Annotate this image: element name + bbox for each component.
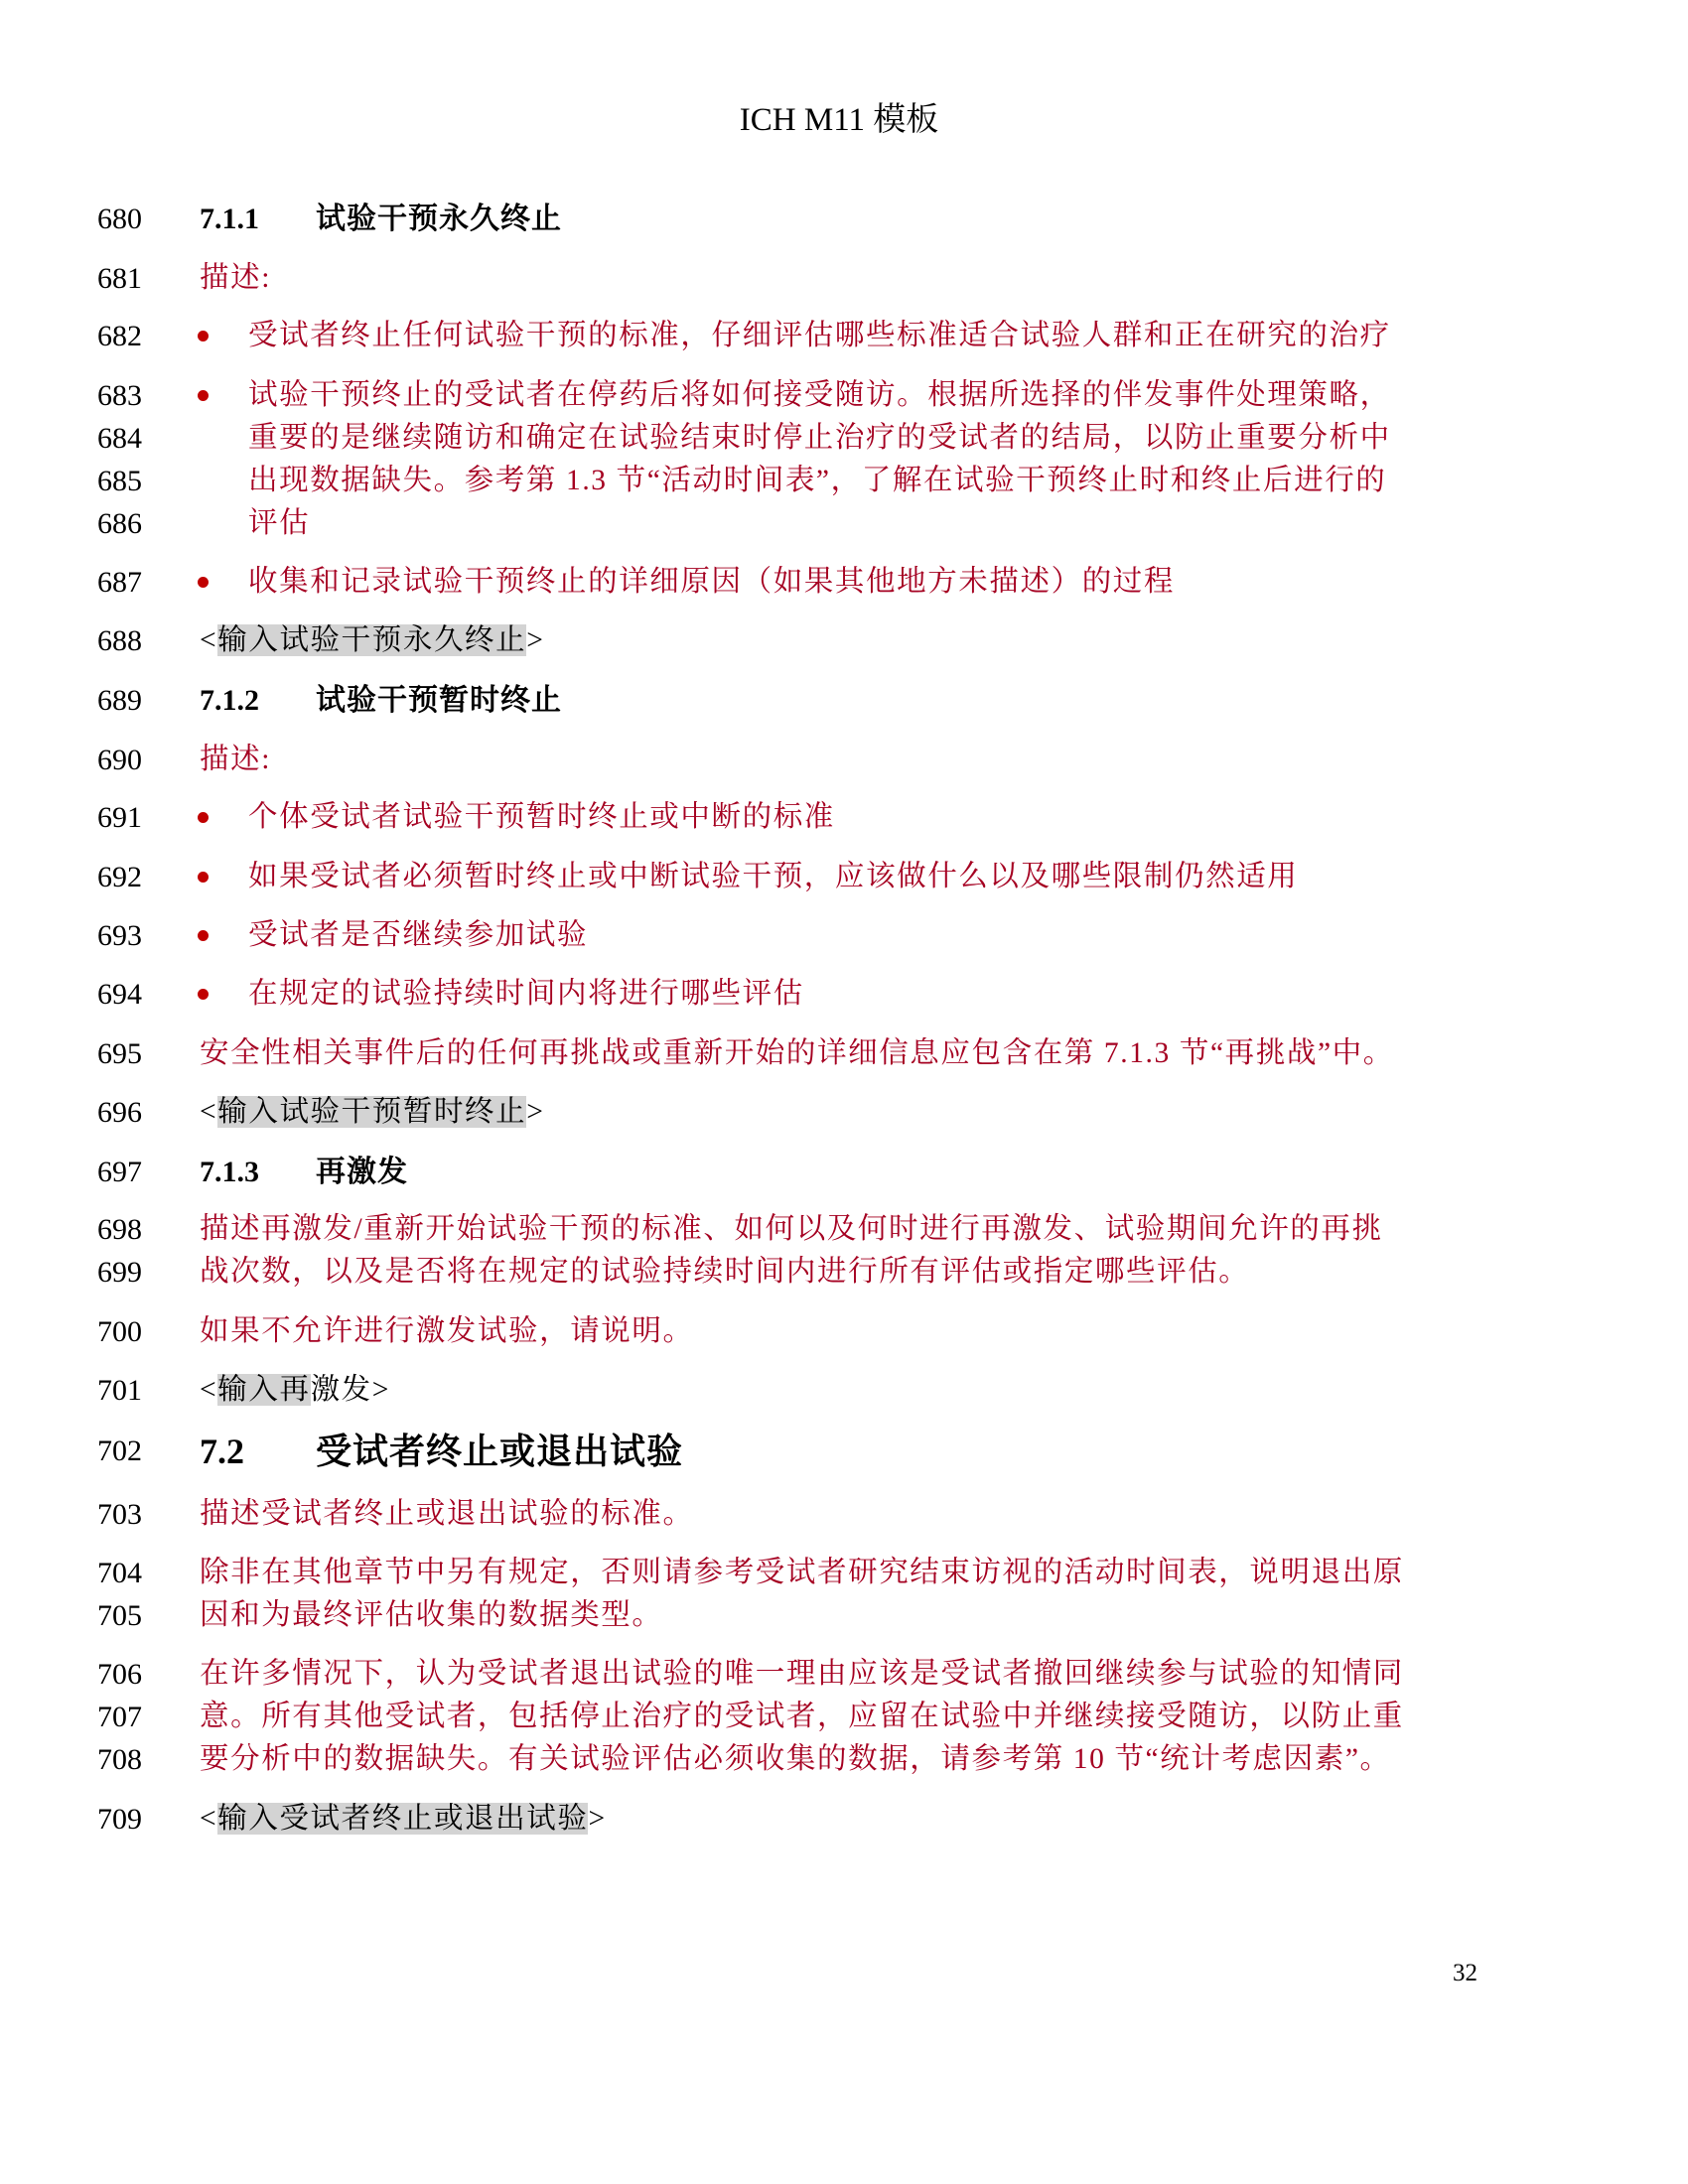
instruction-text: 受试者是否继续参加试验 bbox=[248, 914, 588, 957]
line-number: 689 bbox=[97, 679, 142, 722]
section-heading-7-2: 702 7.2 受试者终止或退出试验 bbox=[0, 1426, 1688, 1477]
line-number: 703 bbox=[97, 1493, 142, 1536]
angle-bracket-close: > bbox=[588, 1803, 606, 1835]
instruction-text: 受试者终止任何试验干预的标准，仔细评估哪些标准适合试验人群和正在研究的治疗 bbox=[248, 315, 1391, 357]
highlighted-placeholder[interactable]: 输入再 bbox=[217, 1374, 310, 1406]
instruction-text: 个体受试者试验干预暂时终止或中断的标准 bbox=[248, 796, 835, 839]
line-number: 686 bbox=[97, 502, 142, 545]
paragraph-line: 705 因和为最终评估收集的数据类型。 bbox=[0, 1594, 1688, 1637]
placeholder-field[interactable]: 688 <输入试验干预永久终止> bbox=[0, 619, 1688, 662]
angle-bracket-close: > bbox=[372, 1374, 390, 1406]
instruction-text: 安全性相关事件后的任何再挑战或重新开始的详细信息应包含在第 7.1.3 节“再挑… bbox=[200, 1032, 1394, 1075]
line-number: 698 bbox=[97, 1208, 142, 1251]
bullet-item: 683 试验干预终止的受试者在停药后将如何接受随访。根据所选择的伴发事件处理策略… bbox=[0, 374, 1688, 417]
placeholder-text[interactable]: <输入试验干预暂时终止> bbox=[200, 1091, 545, 1134]
section-number: 7.1.2 bbox=[200, 684, 259, 717]
bullet-icon bbox=[198, 872, 209, 883]
instruction-text: 如果受试者必须暂时终止或中断试验干预，应该做什么以及哪些限制仍然适用 bbox=[248, 856, 1298, 898]
line-number: 696 bbox=[97, 1091, 142, 1134]
angle-bracket-close: > bbox=[526, 1096, 544, 1128]
line-number: 709 bbox=[97, 1798, 142, 1841]
page-number: 32 bbox=[1453, 1959, 1477, 1988]
section-heading-7-1-2: 689 7.1.2 试验干预暂时终止 bbox=[0, 679, 1688, 722]
paragraph-line: 707 意。所有其他受试者，包括停止治疗的受试者，应留在试验中并继续接受随访，以… bbox=[0, 1696, 1688, 1738]
bullet-item: 694 在规定的试验持续时间内将进行哪些评估 bbox=[0, 973, 1688, 1016]
running-header: ICH M11 模板 bbox=[0, 99, 1678, 141]
line-number: 684 bbox=[97, 417, 142, 460]
highlighted-placeholder[interactable]: 输入试验干预永久终止 bbox=[217, 624, 526, 656]
line-number: 697 bbox=[97, 1151, 142, 1193]
section-number: 7.1.1 bbox=[200, 203, 259, 235]
paragraph-line: 690 描述: bbox=[0, 739, 1688, 781]
line-number: 693 bbox=[97, 914, 142, 957]
placeholder-text[interactable]: <输入受试者终止或退出试验> bbox=[200, 1798, 607, 1841]
section-heading-7-1-3: 697 7.1.3 再激发 bbox=[0, 1151, 1688, 1193]
angle-bracket-open: < bbox=[200, 624, 217, 656]
paragraph-line: 700 如果不允许进行激发试验，请说明。 bbox=[0, 1310, 1688, 1353]
instruction-text: 在许多情况下，认为受试者退出试验的唯一理由应该是受试者撤回继续参与试验的知情同 bbox=[200, 1653, 1404, 1696]
highlighted-placeholder[interactable]: 输入试验干预暂时终止 bbox=[217, 1096, 526, 1128]
line-number: 688 bbox=[97, 619, 142, 662]
section-title: 受试者终止或退出试验 bbox=[316, 1426, 683, 1477]
paragraph-line: 681 描述: bbox=[0, 257, 1688, 300]
line-number: 694 bbox=[97, 973, 142, 1016]
section-heading-7-1-1: 680 7.1.1 试验干预永久终止 bbox=[0, 198, 1688, 240]
instruction-text: 如果不允许进行激发试验，请说明。 bbox=[200, 1310, 694, 1353]
placeholder-field[interactable]: 701 <输入再激发> bbox=[0, 1369, 1688, 1412]
instruction-text: 因和为最终评估收集的数据类型。 bbox=[200, 1594, 663, 1637]
placeholder-rest: 激发 bbox=[311, 1374, 372, 1406]
line-number: 706 bbox=[97, 1653, 142, 1696]
paragraph-line: 706 在许多情况下，认为受试者退出试验的唯一理由应该是受试者撤回继续参与试验的… bbox=[0, 1653, 1688, 1696]
highlighted-placeholder[interactable]: 输入受试者终止或退出试验 bbox=[217, 1803, 588, 1835]
section-number: 7.1.3 bbox=[200, 1156, 259, 1188]
line-number: 704 bbox=[97, 1552, 142, 1594]
placeholder-field[interactable]: 696 <输入试验干预暂时终止> bbox=[0, 1091, 1688, 1134]
instruction-text: 试验干预终止的受试者在停药后将如何接受随访。根据所选择的伴发事件处理策略， bbox=[248, 374, 1391, 417]
line-number: 699 bbox=[97, 1251, 142, 1294]
angle-bracket-close: > bbox=[526, 624, 544, 656]
instruction-text: 要分析中的数据缺失。有关试验评估必须收集的数据，请参考第 10 节“统计考虑因素… bbox=[200, 1738, 1391, 1781]
angle-bracket-open: < bbox=[200, 1803, 217, 1835]
instruction-text: 描述: bbox=[200, 739, 271, 781]
bullet-continuation: 684 重要的是继续随访和确定在试验结束时停止治疗的受试者的结局，以防止重要分析… bbox=[0, 417, 1688, 460]
line-number: 687 bbox=[97, 561, 142, 604]
line-number: 701 bbox=[97, 1369, 142, 1412]
bullet-continuation: 686 评估 bbox=[0, 502, 1688, 545]
placeholder-text[interactable]: <输入试验干预永久终止> bbox=[200, 619, 545, 662]
bullet-icon bbox=[198, 812, 209, 823]
angle-bracket-open: < bbox=[200, 1374, 217, 1406]
bullet-icon bbox=[198, 390, 209, 401]
section-title: 试验干预暂时终止 bbox=[316, 679, 562, 722]
line-number: 692 bbox=[97, 856, 142, 898]
bullet-item: 691 个体受试者试验干预暂时终止或中断的标准 bbox=[0, 796, 1688, 839]
paragraph-line: 708 要分析中的数据缺失。有关试验评估必须收集的数据，请参考第 10 节“统计… bbox=[0, 1738, 1688, 1781]
placeholder-text[interactable]: <输入再激发> bbox=[200, 1369, 390, 1412]
line-number: 690 bbox=[97, 739, 142, 781]
line-number: 702 bbox=[97, 1426, 142, 1477]
bullet-item: 693 受试者是否继续参加试验 bbox=[0, 914, 1688, 957]
bullet-item: 682 受试者终止任何试验干预的标准，仔细评估哪些标准适合试验人群和正在研究的治… bbox=[0, 315, 1688, 357]
line-number: 685 bbox=[97, 460, 142, 502]
instruction-text: 战次数，以及是否将在规定的试验持续时间内进行所有评估或指定哪些评估。 bbox=[200, 1251, 1249, 1294]
line-number: 705 bbox=[97, 1594, 142, 1637]
section-number: 7.2 bbox=[200, 1432, 244, 1471]
placeholder-field[interactable]: 709 <输入受试者终止或退出试验> bbox=[0, 1798, 1688, 1841]
angle-bracket-open: < bbox=[200, 1096, 217, 1128]
line-number: 700 bbox=[97, 1310, 142, 1353]
section-title: 试验干预永久终止 bbox=[316, 198, 562, 240]
line-number: 695 bbox=[97, 1032, 142, 1075]
paragraph-line: 695 安全性相关事件后的任何再挑战或重新开始的详细信息应包含在第 7.1.3 … bbox=[0, 1032, 1688, 1075]
line-number: 681 bbox=[97, 257, 142, 300]
instruction-text: 描述: bbox=[200, 257, 271, 300]
instruction-text: 出现数据缺失。参考第 1.3 节“活动时间表”，了解在试验干预终止时和终止后进行… bbox=[248, 460, 1386, 502]
paragraph-line: 703 描述受试者终止或退出试验的标准。 bbox=[0, 1493, 1688, 1536]
instruction-text: 在规定的试验持续时间内将进行哪些评估 bbox=[248, 973, 804, 1016]
instruction-text: 收集和记录试验干预终止的详细原因（如果其他地方未描述）的过程 bbox=[248, 561, 1175, 604]
line-number: 680 bbox=[97, 198, 142, 240]
bullet-icon bbox=[198, 331, 209, 341]
bullet-item: 687 收集和记录试验干预终止的详细原因（如果其他地方未描述）的过程 bbox=[0, 561, 1688, 604]
bullet-item: 692 如果受试者必须暂时终止或中断试验干预，应该做什么以及哪些限制仍然适用 bbox=[0, 856, 1688, 898]
instruction-text: 描述受试者终止或退出试验的标准。 bbox=[200, 1493, 694, 1536]
instruction-text: 评估 bbox=[248, 502, 310, 545]
line-number: 683 bbox=[97, 374, 142, 417]
instruction-text: 除非在其他章节中另有规定，否则请参考受试者研究结束访视的活动时间表，说明退出原 bbox=[200, 1552, 1404, 1594]
instruction-text: 描述再激发/重新开始试验干预的标准、如何以及何时进行再激发、试验期间允许的再挑 bbox=[200, 1208, 1383, 1251]
bullet-continuation: 685 出现数据缺失。参考第 1.3 节“活动时间表”，了解在试验干预终止时和终… bbox=[0, 460, 1688, 502]
bullet-icon bbox=[198, 989, 209, 1000]
instruction-text: 意。所有其他受试者，包括停止治疗的受试者，应留在试验中并继续接受随访，以防止重 bbox=[200, 1696, 1404, 1738]
bullet-icon bbox=[198, 577, 209, 588]
line-number: 682 bbox=[97, 315, 142, 357]
line-number: 707 bbox=[97, 1696, 142, 1738]
bullet-icon bbox=[198, 930, 209, 941]
instruction-text: 重要的是继续随访和确定在试验结束时停止治疗的受试者的结局，以防止重要分析中 bbox=[248, 417, 1391, 460]
section-title: 再激发 bbox=[316, 1151, 408, 1193]
paragraph-line: 699 战次数，以及是否将在规定的试验持续时间内进行所有评估或指定哪些评估。 bbox=[0, 1251, 1688, 1294]
line-number: 691 bbox=[97, 796, 142, 839]
paragraph-line: 698 描述再激发/重新开始试验干预的标准、如何以及何时进行再激发、试验期间允许… bbox=[0, 1208, 1688, 1251]
line-number: 708 bbox=[97, 1738, 142, 1781]
paragraph-line: 704 除非在其他章节中另有规定，否则请参考受试者研究结束访视的活动时间表，说明… bbox=[0, 1552, 1688, 1594]
